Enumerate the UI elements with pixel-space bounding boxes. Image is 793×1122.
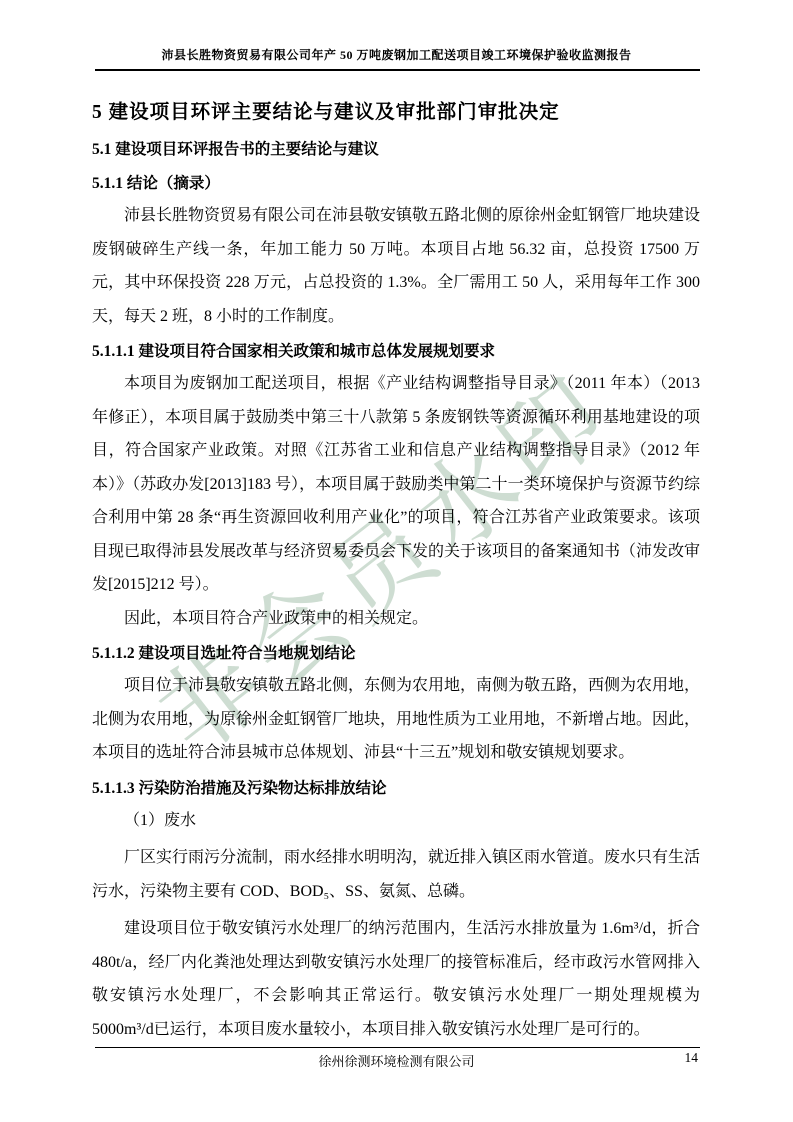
document-page: 沛县长胜物资贸易有限公司年产 50 万吨废钢加工配送项目竣工环境保护验收监测报告… — [0, 0, 793, 1122]
paragraph-site-selection: 项目位于沛县敬安镇敬五路北侧，东侧为农用地，南侧为敬五路，西侧为农用地，北侧为农… — [92, 669, 700, 770]
page-header-title: 沛县长胜物资贸易有限公司年产 50 万吨废钢加工配送项目竣工环境保护验收监测报告 — [0, 46, 793, 63]
footer-company-name: 徐州徐测环境检测有限公司 — [0, 1051, 793, 1070]
paragraph-rainwater-sewage: 厂区实行雨污分流制，雨水经排水明明沟，就近排入镇区雨水管道。废水只有生活污水，污… — [92, 841, 700, 908]
subsection-heading-5-1-1-2: 5.1.1.2 建设项目选址符合当地规划结论 — [92, 643, 700, 665]
document-body: 5 建设项目环评主要结论与建议及审批部门审批决定 5.1 建设项目环评报告书的主… — [92, 70, 700, 1046]
paragraph-policy-compliance: 本项目为废钢加工配送项目，根据《产业结构调整指导目录》（2011 年本）（201… — [92, 367, 700, 602]
paragraph-project-overview: 沛县长胜物资贸易有限公司在沛县敬安镇敬五路北侧的原徐州金虹钢管厂地块建设废钢破碎… — [92, 199, 700, 333]
paragraph-policy-conclusion: 因此，本项目符合产业政策中的相关规定。 — [92, 602, 700, 636]
subsection-heading-5-1-1-3: 5.1.1.3 污染防治措施及污染物达标排放结论 — [92, 778, 700, 800]
subsection-heading-5-1: 5.1 建设项目环评报告书的主要结论与建议 — [92, 139, 700, 161]
paragraph-sewage-treatment: 建设项目位于敬安镇污水处理厂的纳污范围内，生活污水排放量为 1.6m³/d，折合… — [92, 912, 700, 1046]
subsection-heading-5-1-1-1: 5.1.1.1 建设项目符合国家相关政策和城市总体发展规划要求 — [92, 341, 700, 363]
subsection-heading-5-1-1: 5.1.1 结论（摘录） — [92, 173, 700, 195]
section-heading-5: 5 建设项目环评主要结论与建议及审批部门审批决定 — [92, 100, 700, 126]
paragraph-wastewater-label: （1）废水 — [92, 804, 700, 838]
footer-rule — [95, 1047, 700, 1048]
page-number: 14 — [685, 1050, 699, 1066]
